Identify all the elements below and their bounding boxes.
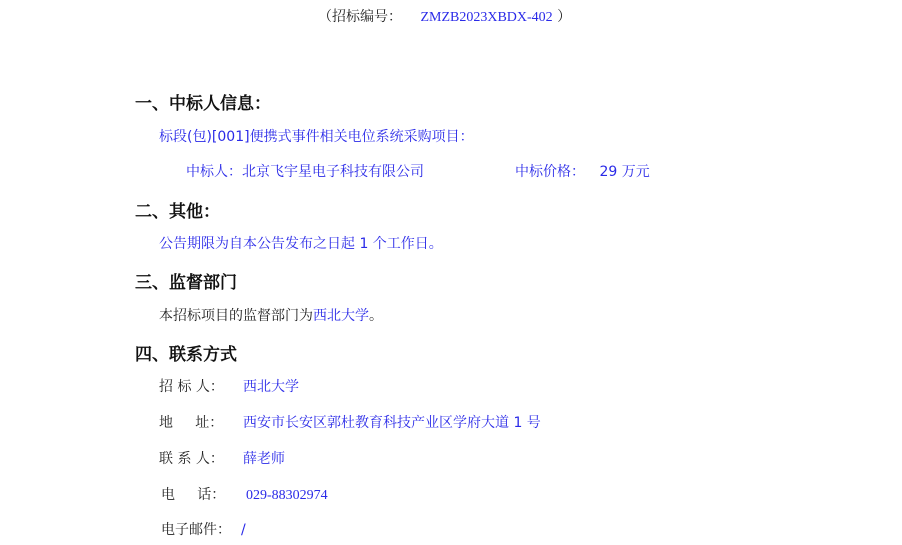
section-other-title: 二、其他：: [135, 197, 220, 222]
contact-row-person: 联 系 人：薛老师: [159, 448, 285, 468]
bid-number-label: （招标编号：: [318, 9, 402, 25]
contact-value: 西安市长安区郭杜教育科技产业区学府大道 1 号: [243, 415, 541, 431]
lot-name: 标段(包)[001]便携式事件相关电位系统采购项目：: [159, 126, 474, 146]
section-winner-title: 一、中标人信息：: [135, 89, 271, 114]
section-contact-title: 四、联系方式: [135, 340, 237, 365]
supervision-prefix: 本招标项目的监督部门为: [159, 308, 313, 324]
contact-value: /: [241, 522, 246, 538]
announcement-period: 公告期限为自本公告发布之日起 1 个工作日。: [159, 233, 443, 253]
supervision-text: 本招标项目的监督部门为西北大学。: [159, 305, 383, 325]
winner-value: 北京飞宇星电子科技有限公司: [242, 164, 424, 180]
contact-label: 地 址：: [159, 412, 243, 432]
contact-value: 西北大学: [243, 379, 299, 395]
contact-label: 招 标 人：: [159, 376, 243, 396]
contact-label: 电子邮件：: [161, 519, 241, 539]
price-line: 中标价格： 29 万元: [515, 161, 650, 181]
supervision-suffix: 。: [369, 308, 383, 324]
bid-number-close: ）: [557, 9, 571, 25]
contact-row-address: 地 址：西安市长安区郭杜教育科技产业区学府大道 1 号: [159, 412, 541, 432]
bid-number-line: （招标编号： ZMZB2023XBDX-402 ）: [318, 6, 571, 26]
bid-number-value: ZMZB2023XBDX-402: [420, 10, 552, 25]
price-label: 中标价格：: [515, 164, 585, 180]
winner-line: 中标人：北京飞宇星电子科技有限公司: [186, 161, 424, 181]
contact-row-phone: 电 话：029-88302974: [161, 484, 328, 504]
contact-label: 联 系 人：: [159, 448, 243, 468]
price-value: 29 万元: [599, 164, 649, 180]
contact-row-email: 电子邮件：/: [161, 519, 246, 539]
winner-label: 中标人：: [186, 164, 242, 180]
supervision-department: 西北大学: [313, 308, 369, 324]
contact-row-tenderer: 招 标 人：西北大学: [159, 376, 299, 396]
contact-value: 029-88302974: [246, 488, 328, 503]
contact-value: 薛老师: [243, 451, 285, 467]
contact-label: 电 话：: [161, 484, 246, 504]
section-supervision-title: 三、监督部门: [135, 268, 237, 293]
